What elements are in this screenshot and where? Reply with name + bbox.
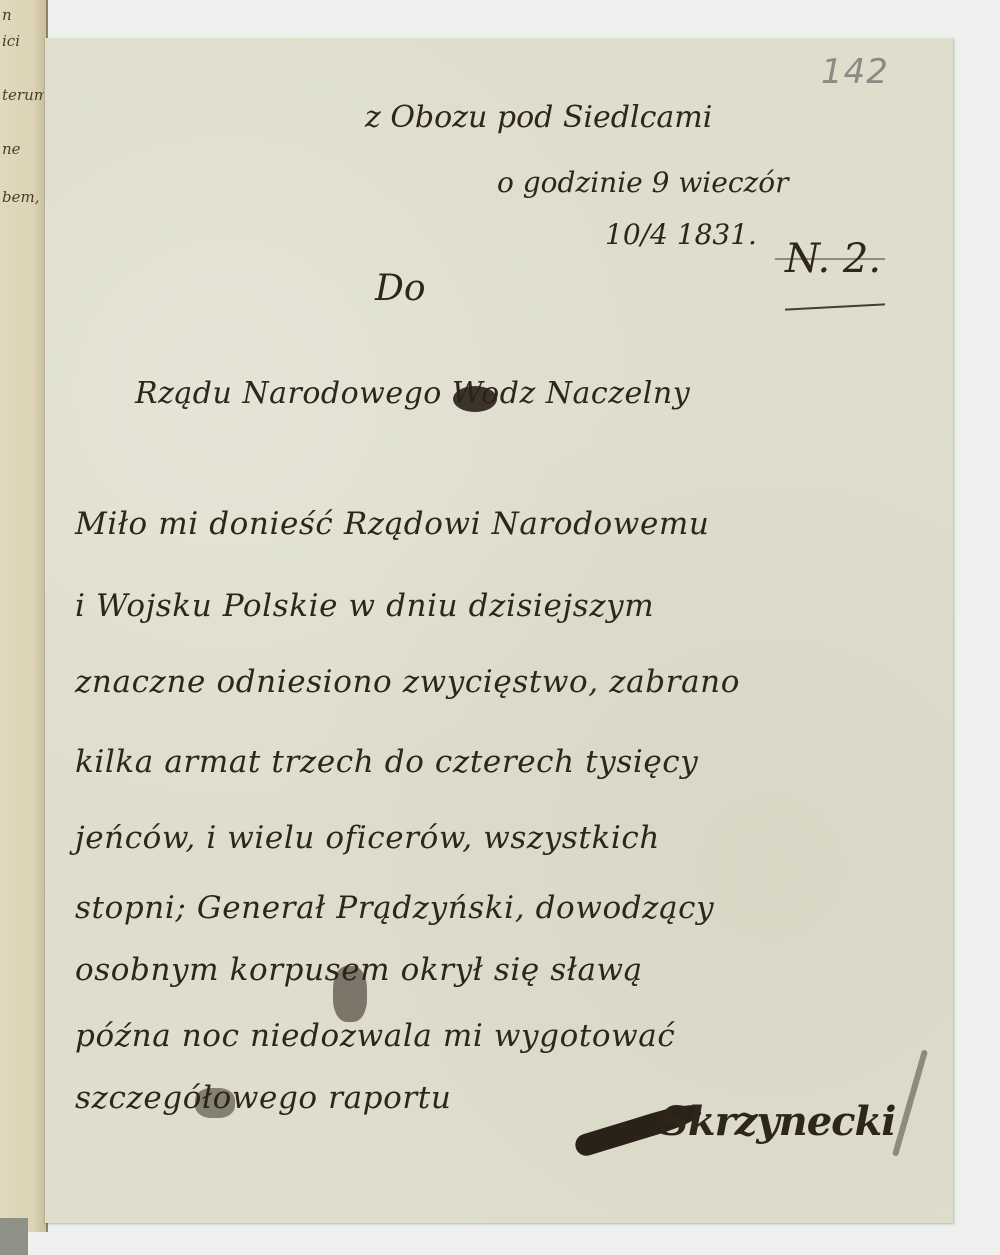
binding-edge bbox=[0, 1218, 28, 1255]
body-line: późna noc niedozwala mi wygotować bbox=[75, 1018, 675, 1054]
addressee-mark: Do bbox=[375, 268, 426, 309]
body-line: jeńców, i wielu oficerów, wszystkich bbox=[75, 820, 660, 856]
left-page-fragment: terum bbox=[2, 86, 48, 104]
signature-tail-stroke bbox=[892, 1049, 928, 1156]
ink-blot bbox=[195, 1088, 235, 1118]
body-line: znaczne odniesiono zwycięstwo, zabrano bbox=[75, 664, 740, 700]
body-line: Miło mi donieść Rządowi Narodowemu bbox=[75, 506, 709, 542]
left-page-fragment: n bbox=[2, 6, 12, 24]
left-page-fragment: ici bbox=[2, 32, 20, 50]
salutation: Rządu Narodowego Wodz Naczelny bbox=[135, 376, 690, 411]
left-page-fragment: bem, bbox=[2, 188, 39, 206]
heading-place: z Obozu pod Siedlcami bbox=[365, 100, 712, 135]
adjacent-page-edge: n ici terum ne bem, bbox=[0, 0, 48, 1232]
signature: Skrzynecki bbox=[660, 1098, 895, 1145]
body-line: szczegółowego raportu bbox=[75, 1080, 451, 1116]
body-line: stopni; Generał Prądzyński, dowodzący bbox=[75, 890, 714, 926]
letter-sheet: 142 z Obozu pod Siedlcami o godzinie 9 w… bbox=[44, 38, 953, 1223]
body-line: i Wojsku Polskie w dniu dzisiejszym bbox=[75, 588, 654, 624]
left-page-fragment: ne bbox=[2, 140, 21, 158]
heading-date: 10/4 1831. bbox=[605, 218, 757, 251]
ink-blot bbox=[333, 966, 367, 1022]
archive-folio-number: 142 bbox=[821, 52, 889, 92]
body-line: kilka armat trzech do czterech tysięcy bbox=[75, 744, 698, 780]
reference-mark: N. 2. bbox=[785, 236, 881, 282]
reference-underline bbox=[785, 303, 885, 310]
heading-hour: o godzinie 9 wieczór bbox=[497, 166, 789, 199]
ink-blot bbox=[453, 386, 497, 412]
